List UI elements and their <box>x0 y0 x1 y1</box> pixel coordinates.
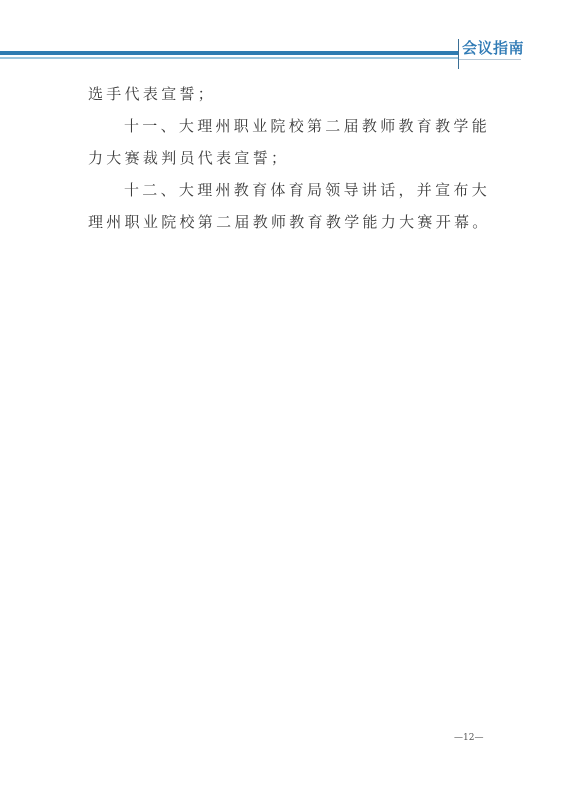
paragraph-item-11: 十一、大理州职业院校第二届教师教育教学能力大赛裁判员代表宣誓； <box>88 110 498 174</box>
page-number: —12— <box>454 733 483 743</box>
document-body: 选手代表宣誓； 十一、大理州职业院校第二届教师教育教学能力大赛裁判员代表宣誓； … <box>88 78 498 238</box>
paragraph-item-12: 十二、大理州教育体育局领导讲话，并宣布大理州职业院校第二届教师教育教学能力大赛开… <box>88 174 498 238</box>
section-title: 会议指南 <box>462 40 524 57</box>
paragraph-continuation: 选手代表宣誓； <box>88 78 498 110</box>
header-divider <box>458 39 459 69</box>
header-rule-secondary <box>0 57 458 59</box>
section-title-underline <box>459 59 521 60</box>
header-rule-primary <box>0 51 458 55</box>
